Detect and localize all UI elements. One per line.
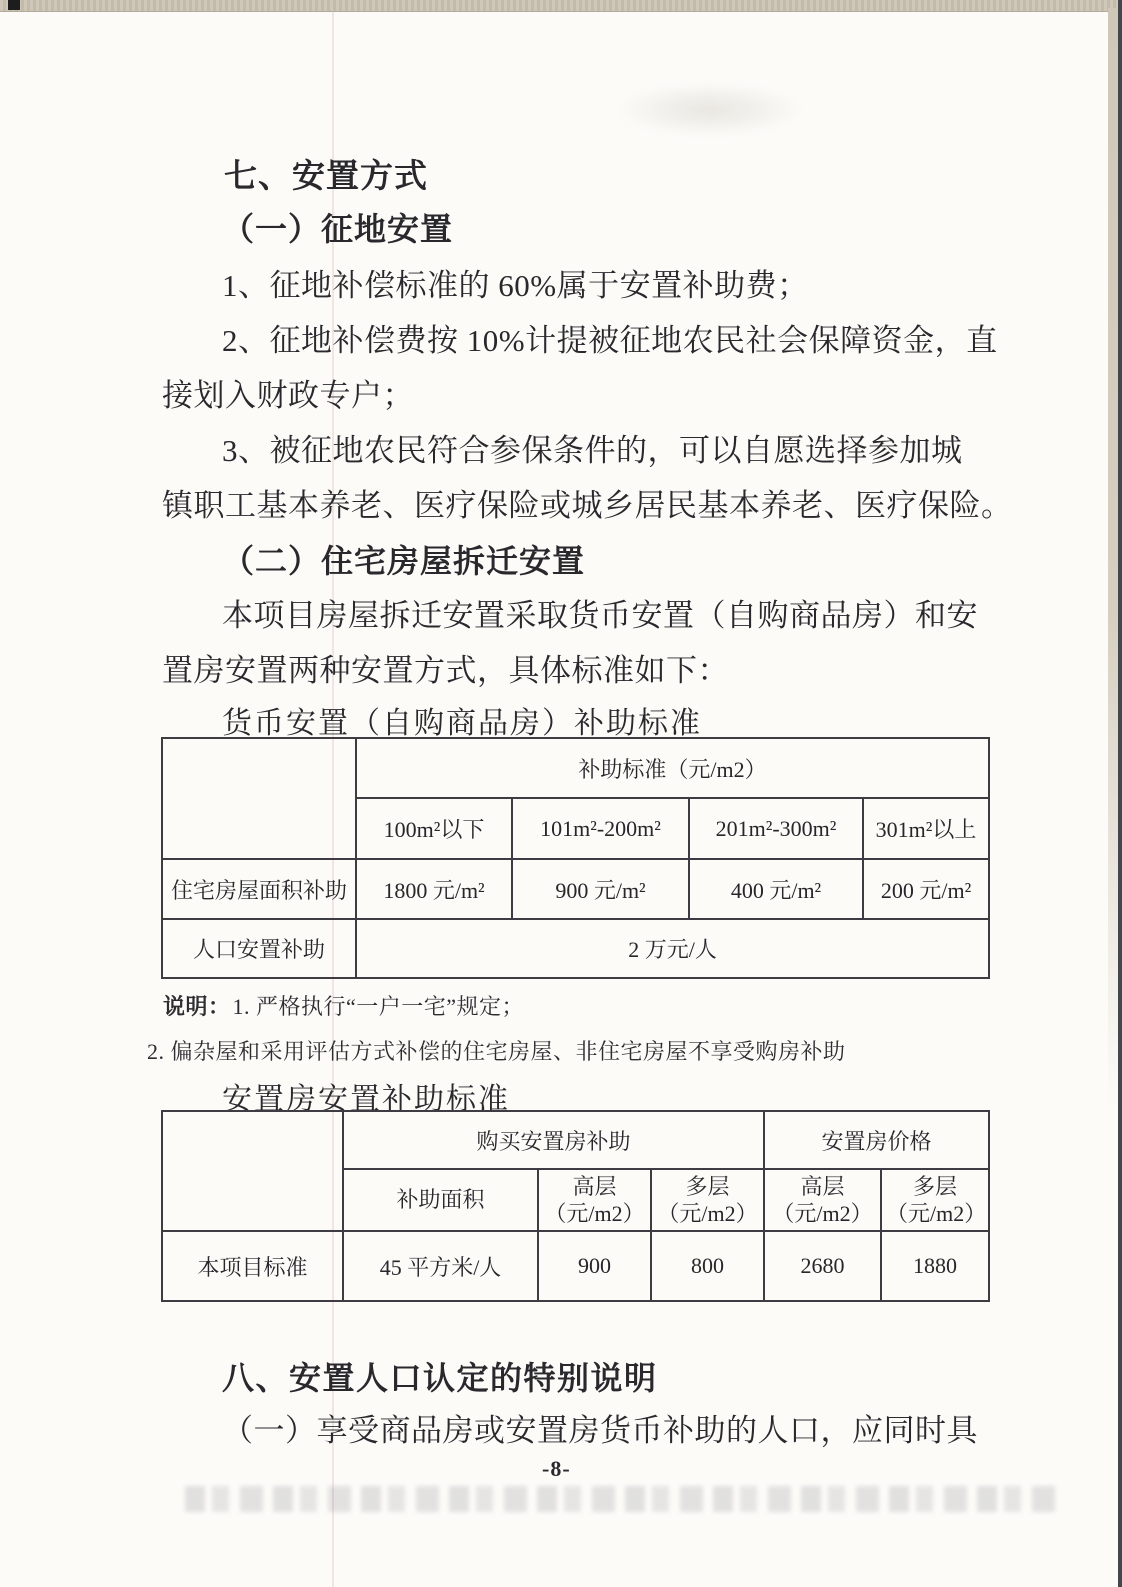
scanner-background-strip — [0, 0, 1122, 12]
subheader-line2: （元/m2） — [543, 1200, 646, 1228]
subsection-2-title: （二）住宅房屋拆迁安置 — [222, 541, 585, 581]
table2-subheader: 多层 （元/m2） — [651, 1169, 764, 1231]
table2-row-label: 本项目标准 — [162, 1231, 343, 1301]
ink-bleed-through — [185, 1486, 1065, 1512]
page-number: -8- — [542, 1455, 571, 1483]
table2-group-header-price: 安置房价格 — [764, 1111, 989, 1169]
subheader-line2: （元/m2） — [656, 1200, 759, 1228]
table1-note-2: 2. 偏杂屋和采用评估方式补偿的住宅房屋、非住宅房屋不享受购房补助 — [147, 1038, 846, 1066]
table2-value-cell: 2680 — [764, 1231, 881, 1301]
table1-col-header: 301m²以上 — [863, 798, 989, 859]
paragraph-line: 2、征地补偿费按 10%计提被征地农民社会保障资金，直 — [222, 322, 998, 361]
table1-row-label: 人口安置补助 — [162, 919, 356, 978]
table1-value-cell: 1800 元/m² — [356, 859, 512, 919]
table2-value-cell: 1880 — [881, 1231, 989, 1301]
table1-col-header: 100m²以下 — [356, 798, 512, 859]
scan-smudge — [615, 82, 805, 137]
subheader-line2: （元/m2） — [769, 1200, 876, 1228]
resettlement-housing-table: 购买安置房补助 安置房价格 补助面积 高层 （元/m2） 多层 （元/m2） 高… — [161, 1110, 990, 1302]
table1-value-cell: 400 元/m² — [689, 859, 863, 919]
scanner-edge-texture — [1108, 8, 1118, 1108]
table2-group-header-purchase: 购买安置房补助 — [343, 1111, 764, 1169]
note-text: 1. 严格执行“一户一宅”规定； — [233, 994, 525, 1019]
section-8-heading: 八、安置人口认定的特别说明 — [222, 1358, 658, 1398]
subsection-1-title: （一）征地安置 — [222, 209, 453, 249]
scan-corner-mark — [8, 0, 20, 10]
paragraph-line: 1、征地补偿标准的 60%属于安置补助费； — [222, 267, 809, 306]
table1-span-value: 2 万元/人 — [356, 919, 989, 978]
table2-value-cell: 45 平方米/人 — [343, 1231, 538, 1301]
section-7-heading: 七、安置方式 — [224, 157, 428, 198]
table1-col-header: 201m²-300m² — [689, 798, 863, 859]
subheader-line1: 高层 — [543, 1173, 646, 1201]
monetary-subsidy-table: 补助标准（元/m2） 100m²以下 101m²-200m² 201m²-300… — [161, 737, 990, 979]
subheader-line1: 补助面积 — [348, 1186, 533, 1214]
table1-col-header: 101m²-200m² — [512, 798, 689, 859]
page-edge-shadow — [1118, 0, 1122, 1587]
paragraph-line: 接划入财政专户； — [162, 377, 414, 416]
table2-subheader: 高层 （元/m2） — [538, 1169, 651, 1231]
table1-corner-cell — [162, 738, 356, 859]
table1-note-1: 说明：1. 严格执行“一户一宅”规定； — [163, 993, 524, 1021]
table2-subheader: 补助面积 — [343, 1169, 538, 1231]
subheader-line1: 多层 — [656, 1173, 759, 1201]
paragraph-line: 3、被征地农民符合参保条件的，可以自愿选择参加城 — [222, 432, 963, 471]
subheader-line2: （元/m2） — [886, 1200, 984, 1228]
note-label: 说明： — [163, 994, 231, 1019]
paragraph-line: （一）享受商品房或安置房货币补助的人口，应同时具 — [222, 1412, 978, 1451]
table2-value-cell: 900 — [538, 1231, 651, 1301]
table2-corner-cell — [162, 1111, 343, 1231]
table1-value-cell: 900 元/m² — [512, 859, 689, 919]
scanned-document-page: 七、安置方式 （一）征地安置 1、征地补偿标准的 60%属于安置补助费； 2、征… — [0, 0, 1122, 1587]
table2-subheader: 多层 （元/m2） — [881, 1169, 989, 1231]
paragraph-line: 置房安置两种安置方式，具体标准如下： — [162, 652, 729, 691]
subheader-line1: 多层 — [886, 1173, 984, 1201]
table1-row-label: 住宅房屋面积补助 — [162, 859, 356, 919]
table2-value-cell: 800 — [651, 1231, 764, 1301]
paragraph-line: 本项目房屋拆迁安置采取货币安置（自购商品房）和安 — [222, 597, 978, 636]
subheader-line1: 高层 — [769, 1173, 876, 1201]
table1-value-cell: 200 元/m² — [863, 859, 989, 919]
table2-subheader: 高层 （元/m2） — [764, 1169, 881, 1231]
paragraph-line: 镇职工基本养老、医疗保险或城乡居民基本养老、医疗保险。 — [162, 487, 1013, 526]
table1-group-header: 补助标准（元/m2） — [356, 738, 989, 798]
